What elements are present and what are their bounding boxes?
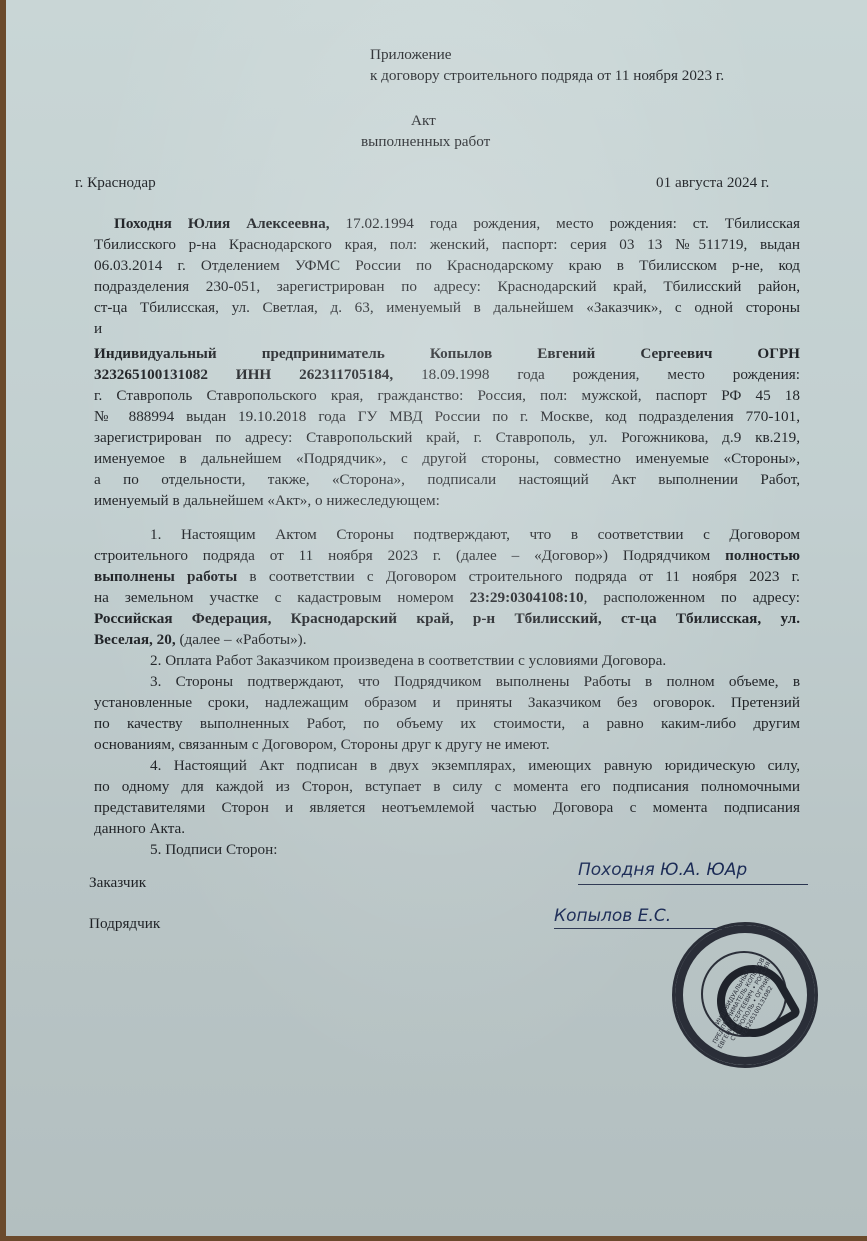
contractor-signature: Копылов Е.С. [554, 906, 671, 926]
customer-signature: Походня Ю.А. ЮАр [578, 860, 747, 880]
document-date: 01 августа 2024 г. [656, 172, 769, 193]
customer-label: Заказчик [89, 872, 146, 893]
cadastral-number: 23:29:0304108:10 [470, 589, 584, 606]
document-title: Акт [411, 110, 436, 131]
customer-name: Походня Юлия Алексеевна, [114, 215, 330, 232]
customer-signature-line [578, 884, 808, 885]
document-city: г. Краснодар [75, 172, 156, 193]
clause-2: 2. Оплата Работ Заказчиком произведена в… [94, 650, 800, 671]
appendix-contract-ref: к договору строительного подряда от 11 н… [370, 65, 724, 86]
contractor-name: Индивидуальный предприниматель Копылов Е… [94, 343, 800, 364]
company-seal-stamp: ИНДИВИДУАЛЬНЫЙ ПРЕДПРИНИМАТЕЛЬ КОПЫЛОВ Е… [672, 922, 818, 1068]
appendix-label: Приложение [370, 44, 452, 65]
contractor-label: Подрядчик [89, 913, 160, 934]
work-address: Российская Федерация, Краснодарский край… [94, 608, 800, 629]
document-page: Приложение к договору строительного подр… [6, 0, 867, 1236]
document-subtitle: выполненных работ [361, 131, 490, 152]
clause-5: 5. Подписи Сторон: [94, 839, 800, 860]
contractor-ids: 323265100131082 ИНН 262311705184, [94, 366, 393, 383]
